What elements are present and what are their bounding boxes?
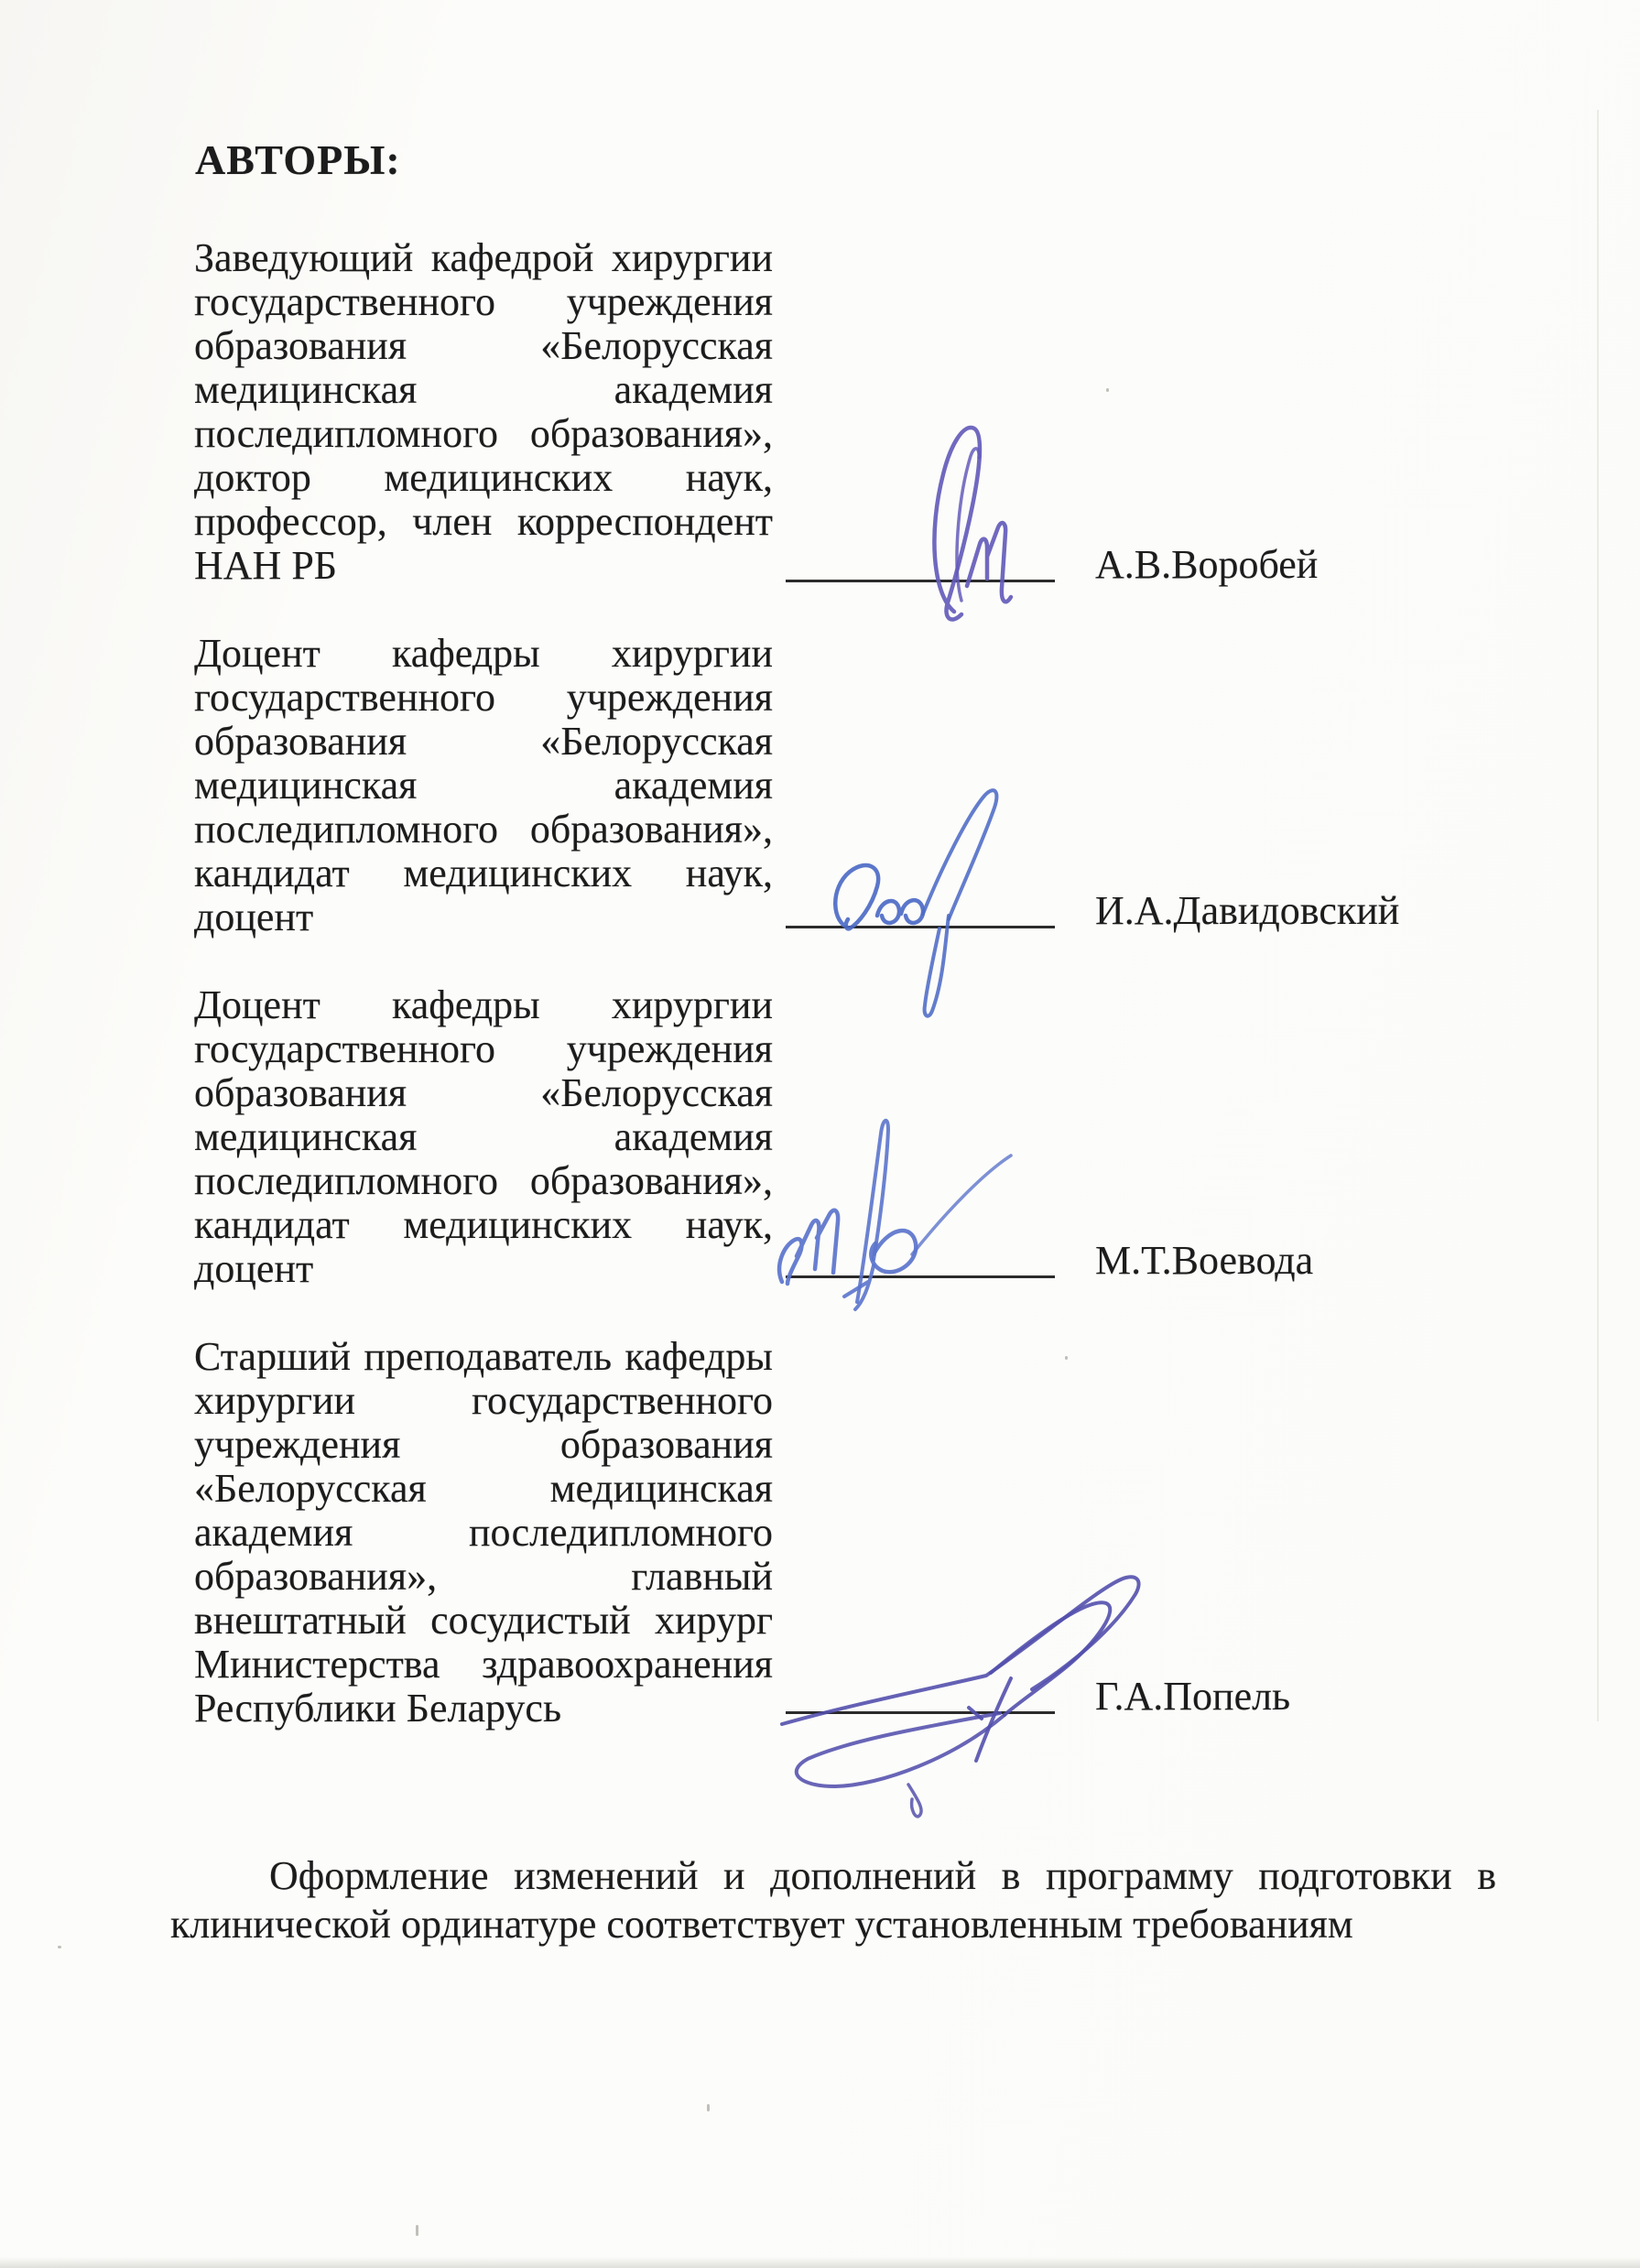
author-role-line: образования «Белорусская <box>194 324 773 368</box>
scan-bottom-shade <box>0 2257 1640 2268</box>
author-role-line: «Белорусская медицинская <box>194 1467 773 1511</box>
signature-line <box>786 580 1055 582</box>
scan-speck <box>58 1946 61 1948</box>
author-role-line: медицинская академия <box>194 368 773 412</box>
author-role-line: академия последипломного <box>194 1511 773 1555</box>
author-role-line: образования «Белорусская <box>194 720 773 764</box>
author-role-line: Доцент кафедры хирургии <box>194 983 773 1027</box>
scanned-document-page: АВТОРЫ: Заведующий кафедрой хирургиигосу… <box>0 0 1640 2268</box>
closing-paragraph: Оформление изменений и дополнений в прог… <box>170 1851 1496 1948</box>
author-role-line: государственного учреждения <box>194 1027 773 1071</box>
author-name: М.Т.Воевода <box>1095 1239 1313 1283</box>
author-role-line: медицинская академия <box>194 764 773 808</box>
author-role-line: образования», главный <box>194 1555 773 1599</box>
author-role-block: Старший преподаватель кафедрыхирургии го… <box>194 1335 773 1731</box>
author-role-line: Заведующий кафедрой хирургии <box>194 236 773 280</box>
scan-edge-streak <box>1597 110 1599 1721</box>
scan-speck <box>1106 388 1109 392</box>
scan-speck <box>1065 1356 1068 1360</box>
author-role-line: государственного учреждения <box>194 676 773 720</box>
author-role-line: кандидат медицинских наук, <box>194 1203 773 1247</box>
author-role-line: образования «Белорусская <box>194 1071 773 1115</box>
signature-davidovsky <box>824 780 1053 1050</box>
author-role-line: кандидат медицинских наук, <box>194 852 773 895</box>
author-role-line: доцент <box>194 1247 773 1291</box>
closing-paragraph-line: клинической ординатуре соответствует уст… <box>170 1900 1496 1948</box>
page-title: АВТОРЫ: <box>195 137 401 183</box>
author-role-line: Республики Беларусь <box>194 1687 773 1731</box>
author-role-block: Доцент кафедры хирургиигосударственного … <box>194 983 773 1291</box>
author-name: Г.А.Попель <box>1095 1675 1290 1719</box>
author-role-line: Старший преподаватель кафедры <box>194 1335 773 1379</box>
author-name: И.А.Давидовский <box>1095 889 1399 933</box>
signature-line <box>786 926 1055 928</box>
author-role-line: последипломного образования», <box>194 412 773 456</box>
signature-voevoda <box>766 1108 1049 1314</box>
author-role-line: хирургии государственного <box>194 1379 773 1423</box>
author-role-block: Заведующий кафедрой хирургиигосударствен… <box>194 236 773 588</box>
author-role-line: НАН РБ <box>194 544 773 588</box>
author-role-line: доктор медицинских наук, <box>194 456 773 500</box>
signature-line <box>786 1711 1055 1714</box>
author-role-line: Министерства здравоохранения <box>194 1643 773 1687</box>
signature-line <box>786 1275 1055 1278</box>
author-role-line: последипломного образования», <box>194 808 773 852</box>
scan-speck <box>416 2225 418 2236</box>
author-name: А.В.Воробей <box>1095 543 1318 587</box>
author-role-line: государственного учреждения <box>194 280 773 324</box>
author-role-line: медицинская академия <box>194 1115 773 1159</box>
scan-speck <box>707 2104 710 2111</box>
signature-vorobey <box>907 414 1053 629</box>
author-role-line: учреждения образования <box>194 1423 773 1467</box>
author-role-line: последипломного образования», <box>194 1159 773 1203</box>
author-role-block: Доцент кафедры хирургиигосударственного … <box>194 632 773 939</box>
closing-paragraph-line: Оформление изменений и дополнений в прог… <box>170 1851 1496 1900</box>
author-role-line: доцент <box>194 895 773 939</box>
author-role-line: внештатный сосудистый хирург <box>194 1599 773 1643</box>
author-role-line: Доцент кафедры хирургии <box>194 632 773 676</box>
author-role-line: профессор, член корреспондент <box>194 500 773 544</box>
